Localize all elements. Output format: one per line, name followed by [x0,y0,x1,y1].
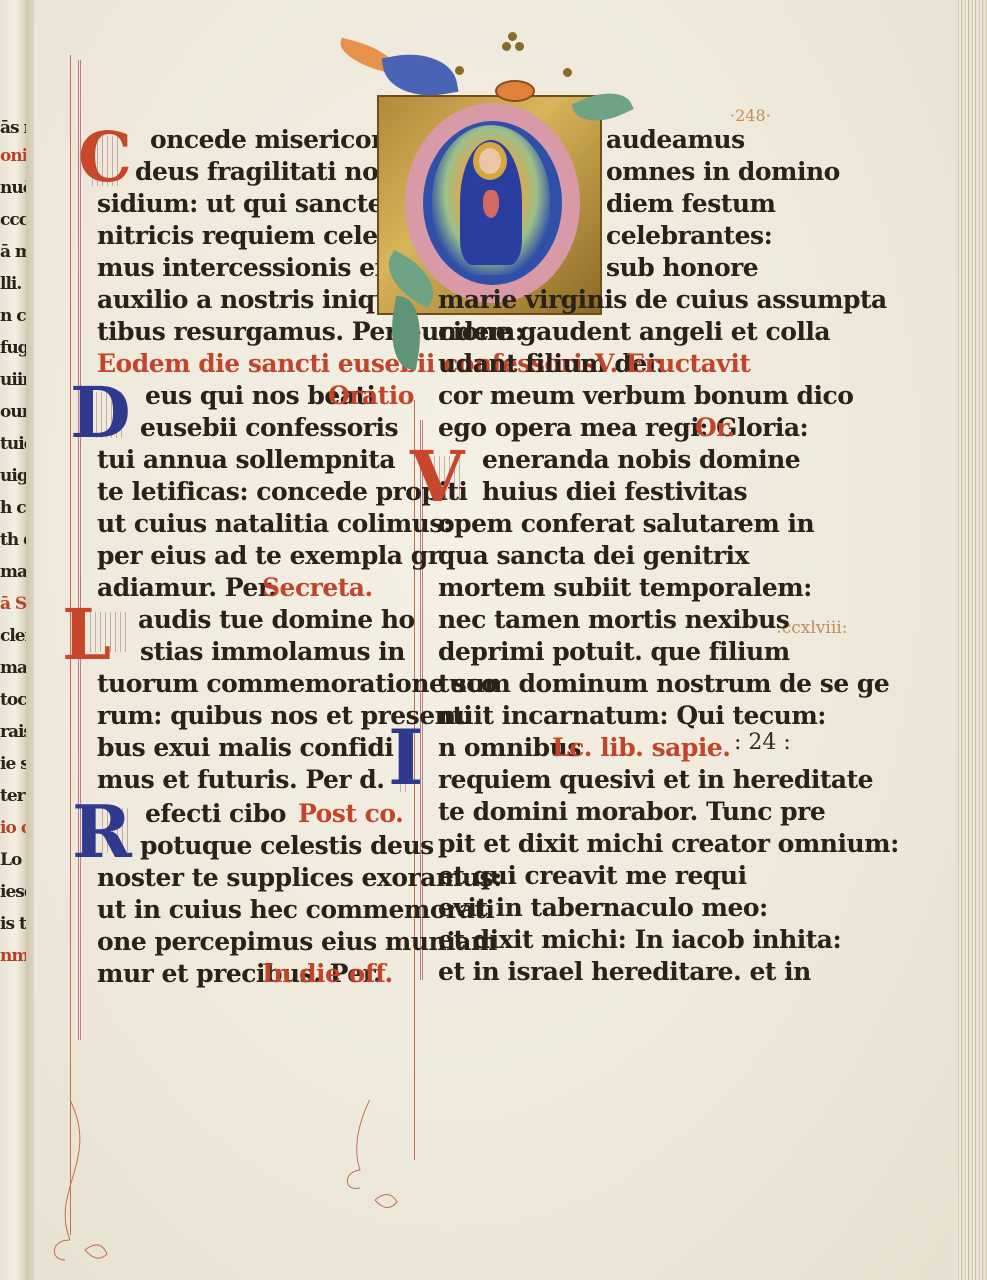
rubric-tail: Lc. lib. sapie. [552,732,730,764]
facing-line: lli. Hen [0,274,26,294]
text-line: et in israel hereditare. et in [438,956,811,988]
facing-line: Lo [0,850,21,870]
text-line: adiamur. Per. [97,572,276,604]
text-line: eneranda nobis domine [482,444,800,476]
rubric-tail: Oratio [328,380,414,412]
gold-dot [455,66,464,75]
text-line: potuque celestis deus [140,830,434,862]
facing-line: uiimob [0,370,26,390]
text-line: mortem subiit temporalem: [438,572,812,604]
text-line: te domini morabor. Tunc pre [438,796,825,828]
initial-r: R [72,796,132,868]
margin-marker: : 24 : [734,730,791,755]
facing-line: raisli [0,722,26,742]
facing-line: io c [0,818,26,838]
facing-line: nmon [0,946,26,966]
text-line: per eius ad te exempla gr [97,540,440,572]
text-line: et dixit michi: In iacob inhita: [438,924,841,956]
text-line: bus exui malis confidi [97,732,393,764]
facing-line: ā Sc [0,594,26,614]
virgin-face [479,148,501,174]
initial-c: C [78,124,132,192]
text-line: one percepimus eius muniam [97,926,497,958]
facing-page-fragment: ās mi oni dut nuēca ccctl ā mulic lli. H… [0,0,26,1280]
text-line: audis tue domine ho [138,604,415,636]
rubric-tail: Post co. [298,798,403,830]
text-line: audeamus [606,124,745,156]
facing-line: n ccpic [0,306,26,326]
text-line: nec tamen mortis nexibus [438,604,789,636]
text-line: tui annua sollempnita [97,444,395,476]
facing-line: ounc ul [0,402,26,422]
text-line: marie virginis de cuius assumpta [438,284,887,316]
facing-line: uigo ni [0,466,26,486]
text-line: mus intercessionis eius [97,252,415,284]
facing-line: ie su [0,754,26,774]
text-line: stias immolamus in [140,636,405,668]
text-line: mus et futuris. Per d. [97,764,384,796]
rubric-tail: In die off. [262,958,393,990]
text-line: sub honore [606,252,758,284]
facing-line: h creni [0,498,26,518]
facing-line: nuēca [0,178,26,198]
ornament-knob [495,80,535,102]
page-edges [955,0,987,1280]
text-line: nuit incarnatum: Qui tecum: [438,700,826,732]
text-line: nitricis requiem celebra [97,220,423,252]
text-line: huius diei festivitas [482,476,747,508]
text-line: requiem quesivi et in hereditate [438,764,873,796]
text-line: cione gaudent angeli et colla [438,316,830,348]
gold-dot [563,68,572,77]
text-line: ut cuius natalitia colimus: [97,508,452,540]
facing-line: ā mulic [0,242,26,262]
facing-line: fugrib [0,338,26,358]
text-line: opem conferat salutarem in [438,508,814,540]
gold-dot [502,42,511,51]
initial-i: I [388,720,424,796]
praying-hands [483,190,499,218]
text-line: ut in cuius hec commemorati [97,894,494,926]
text-line: cor meum verbum bonum dico [438,380,853,412]
facing-line: ter [0,786,25,806]
facing-line: macie [0,562,26,582]
text-line: et qui creavit me requi [438,860,747,892]
text-line: tuum dominum nostrum de se ge [438,668,889,700]
text-line: ego opera mea regi: Gloria: [438,412,808,444]
facing-line: ās mi [0,118,26,138]
text-line: diem festum [606,188,775,220]
text-line: omnes in domino [606,156,840,188]
facing-line: tuic illu [0,434,26,454]
initial-v: V [410,442,464,512]
initial-d: D [70,378,131,448]
text-line: eusebii confessoris [140,412,398,444]
initial-l: L [62,600,111,670]
facing-line: iesq [0,882,26,902]
facing-line: oni dut [0,146,26,166]
facing-line: toca [0,690,26,710]
facing-line: macs [0,658,26,678]
pen-flourish-left-bar [78,60,81,1040]
text-line: evit in tabernaculo meo: [438,892,768,924]
text-line: deprimi potuit. que filium [438,636,790,668]
facing-line: cleni [0,626,26,646]
text-line: oncede misericors [150,124,397,156]
folio-number-top: ·248· [730,106,771,125]
facing-line: th qu ri [0,530,26,550]
text-line: celebrantes: [606,220,772,252]
gold-dot [515,42,524,51]
gold-dot [508,32,517,41]
facing-line: ccctl [0,210,26,230]
rubric-tail: V. Eructavit [595,348,750,380]
facing-line: is ti [0,914,26,934]
text-line: qua sancta dei genitrix [438,540,749,572]
rubric-tail: Or. [695,412,735,444]
text-line: efecti cibo [145,798,286,830]
pen-flourish-terminals [30,1100,450,1280]
text-line: pit et dixit michi creator omnium: [438,828,899,860]
rubric-tail: Secreta. [262,572,373,604]
